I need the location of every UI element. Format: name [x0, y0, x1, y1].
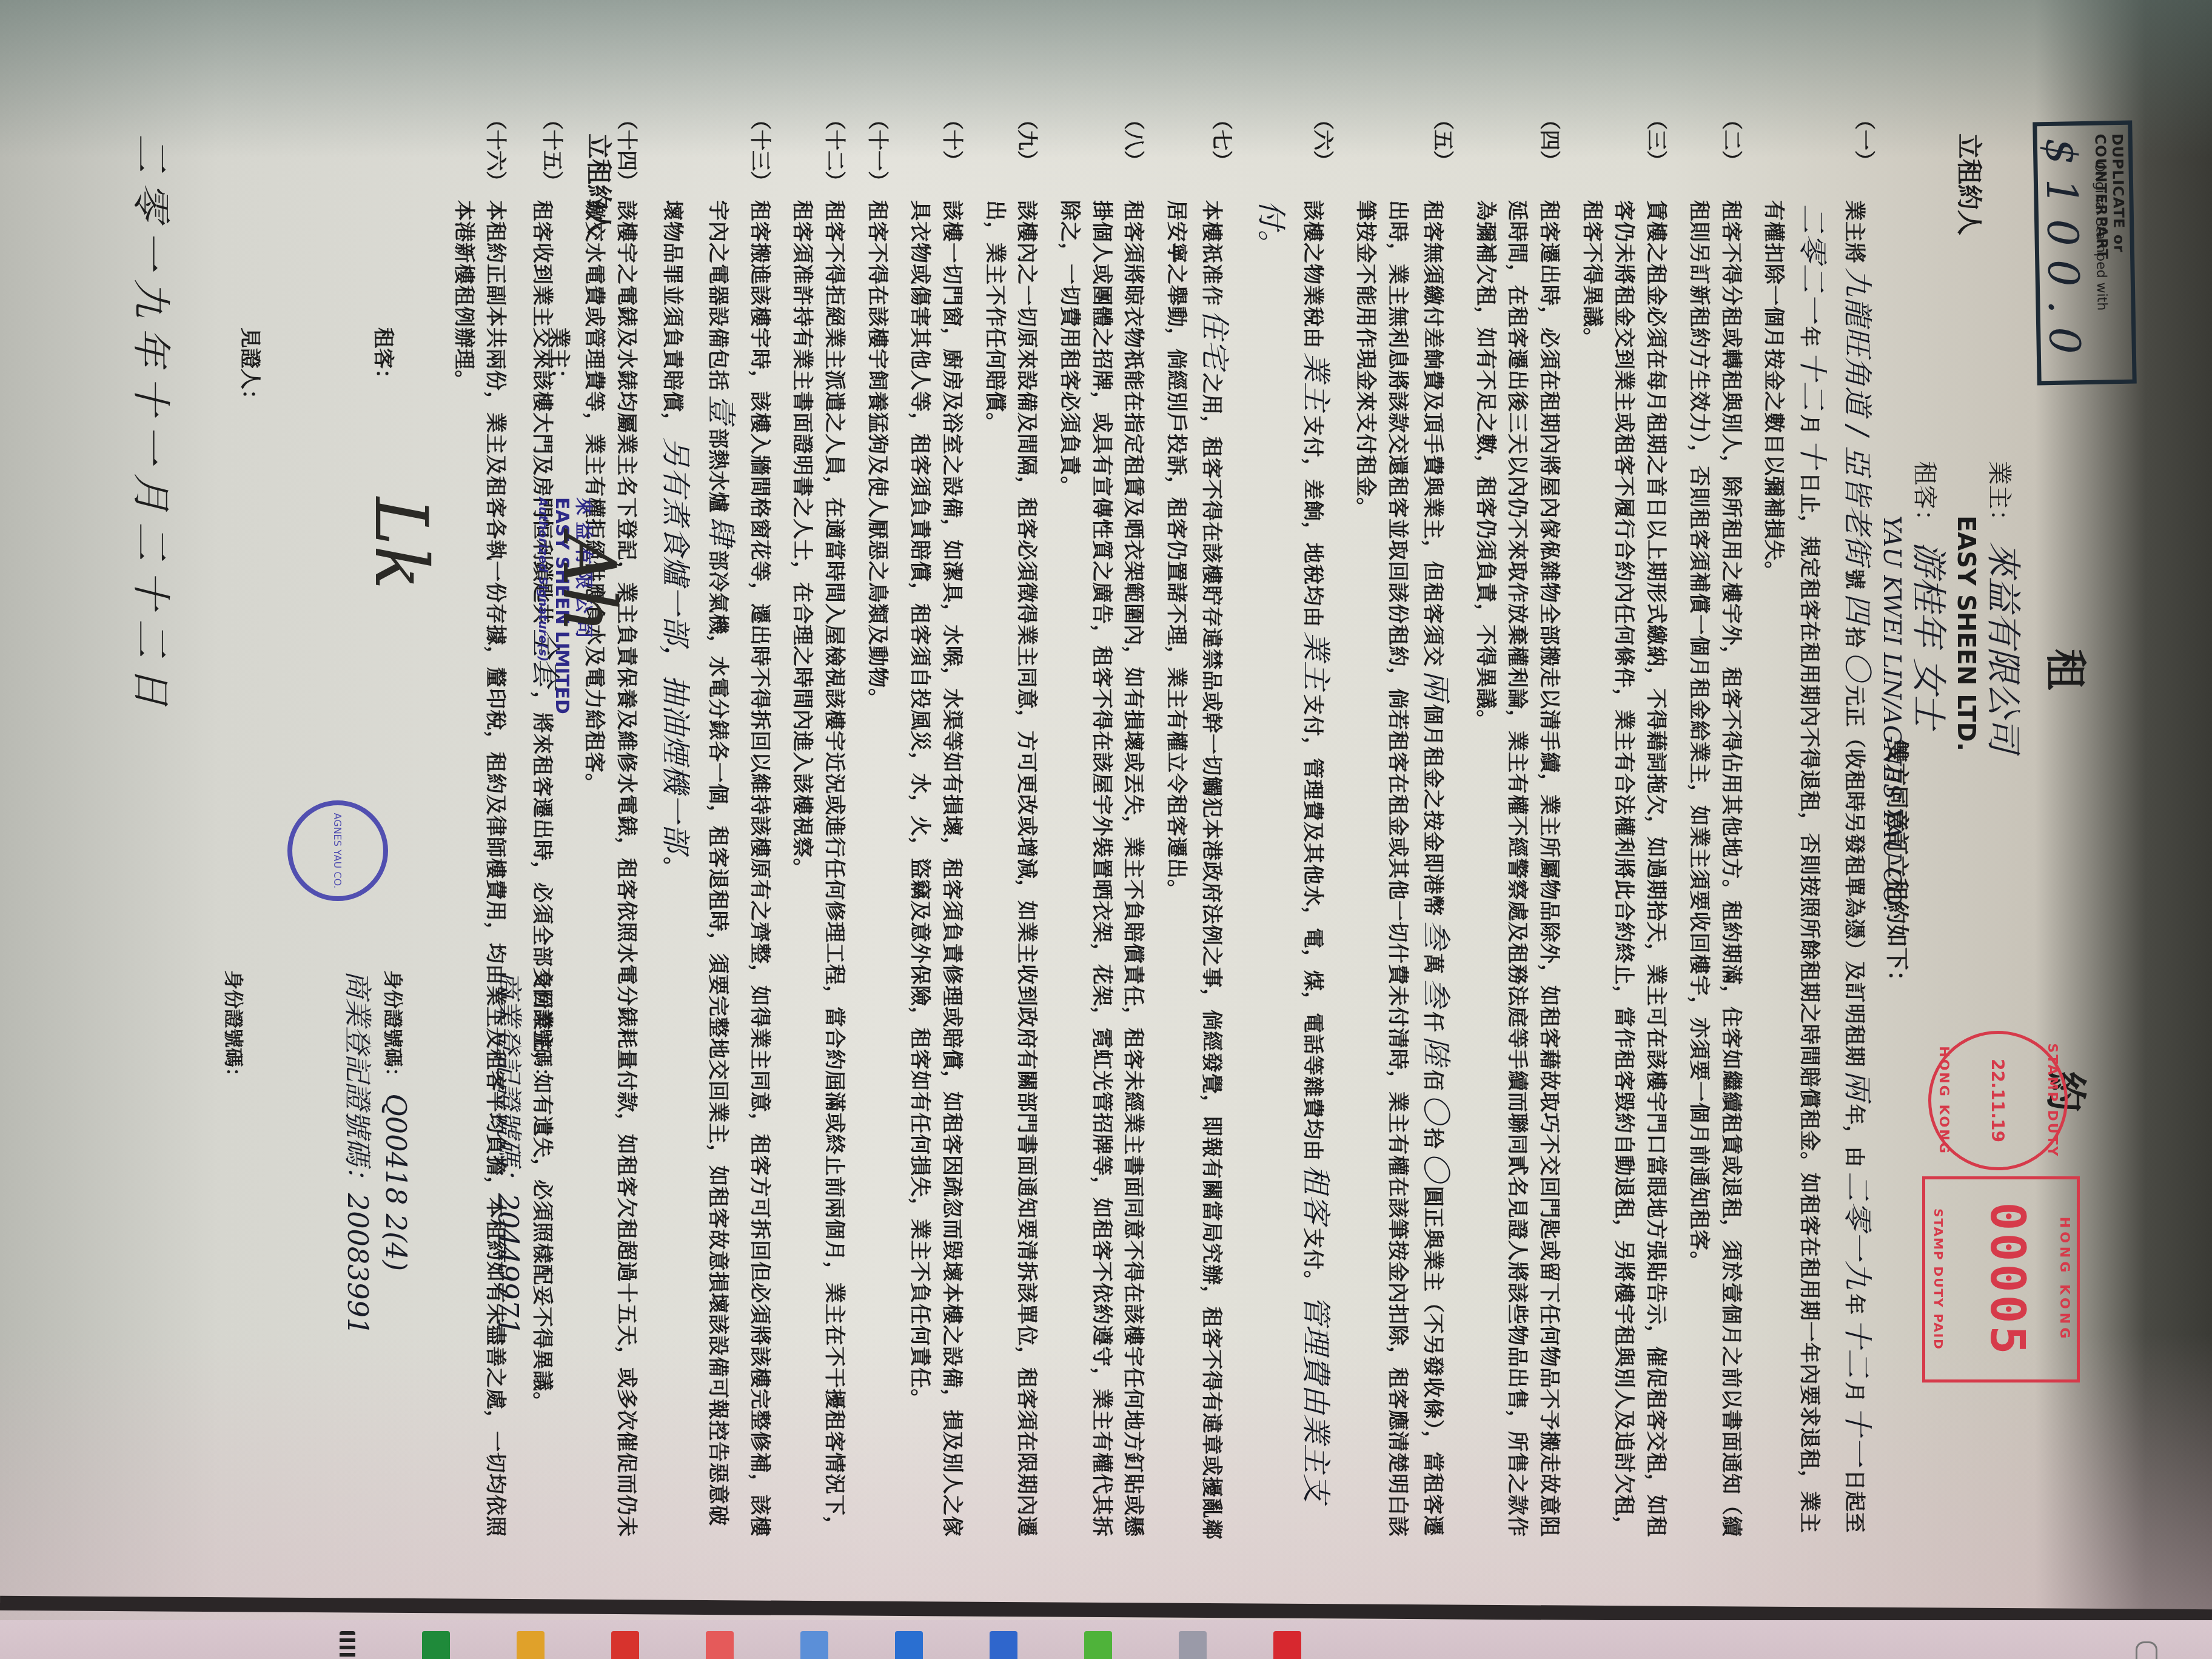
clause-number: （十二）: [786, 109, 850, 200]
clause-number: （五）: [1349, 109, 1458, 200]
excel-icon[interactable]: [422, 1631, 450, 1659]
handwritten-fill: 肆: [704, 513, 738, 550]
handwritten-fill: 十一: [1840, 1403, 1874, 1470]
clause-4: （四）租客遷出時，必須在租期內將屋內傢俬雜物全部搬走以清手續，業主所屬物品除外，…: [1469, 109, 1565, 1540]
tenant-sign-label: 租客：: [370, 327, 400, 412]
handwritten-fill: 二零一九: [1840, 1168, 1874, 1294]
parties-label: 立租約人: [1952, 133, 1989, 235]
printed-text: 日起至: [1842, 1470, 1866, 1533]
tenant-signature: Lk: [358, 497, 443, 589]
counterpart-stamp: DUPLICATE or COUNTERPART Original Stampe…: [2033, 121, 2137, 386]
clause-8: （八）租客須將晾衣物祇能在指定租賃及晒衣架範圍內，如有損壞或丟失，業主不負賠償責…: [1053, 109, 1149, 1540]
printed-text: 拾: [1421, 1128, 1445, 1149]
clause-number: （六）: [1248, 109, 1338, 200]
printed-text: 個月租金之按金即港幣: [1421, 704, 1445, 916]
agreement-line: 雙方同意訂立租約如下：: [1883, 740, 1916, 993]
postmark-ring-bottom: HONG KONG: [1936, 1034, 1951, 1167]
lessor-line: 業主： 來益有限公司: [1982, 461, 2026, 912]
signature-block: 立租約人 業主： 來 益 有 限 公 司 EASY SHEEN LIMITED …: [121, 109, 643, 1540]
tenant-name-zh: 游桂年 女士: [1909, 541, 1950, 728]
lessor-br-number: 商業登記證號碼：20449971: [490, 970, 530, 1335]
handwritten-fill: 二零二一: [1795, 200, 1829, 326]
lessor-id: 身份證號碼： 商業登記證號碼：20449971: [490, 970, 558, 1335]
clause-number: （三）: [1576, 109, 1672, 200]
printed-text: 佰: [1421, 1070, 1445, 1091]
document-viewer: DUPLICATE or COUNTERPART Original Stampe…: [85, 73, 2159, 1577]
printed-text: 支付。: [1301, 1228, 1325, 1292]
app-green-icon[interactable]: [1084, 1631, 1112, 1659]
paint-icon[interactable]: [800, 1631, 828, 1659]
clause-12: （十二）租客不得拒絕業主派遣之人員，在適當時間入屋檢視該樓宇近況或進行任何修理工…: [786, 109, 850, 1540]
lessor-sign-row: 業主：: [546, 327, 576, 412]
handwritten-fill: 叁: [1419, 974, 1453, 1011]
clause-number: （八）: [1053, 109, 1149, 200]
clause-10: （十）該樓一切門窗，廚房及浴室之設備，如潔具，水喉，水渠等如有損壞，租客須負責修…: [904, 109, 968, 1540]
clause-text: 該樓內之一切原來設備及間隔，租客必須徵得業主同意，方可更改或增減，如業主收到政府…: [979, 200, 1042, 1540]
lessor-label: 業主：: [1985, 461, 2013, 534]
clause-text: 租客不得在該樓宇飼養猛狗及使人厭惡之鳥類及動物。: [861, 200, 893, 1540]
clause-number: （十三）: [653, 109, 775, 200]
app-grey-icon[interactable]: [1179, 1631, 1207, 1659]
printed-text: 年: [1842, 1294, 1866, 1315]
postmark-date: 22.11.19: [1988, 1059, 2008, 1142]
handwritten-fill: 〇: [1840, 648, 1874, 685]
clause-text: 租客不得拒絕業主派遣之人員，在適當時間入屋檢視該樓宇近況或進行任何修理工程，當合…: [786, 200, 850, 1540]
handwritten-fill: 租客: [1299, 1161, 1333, 1228]
signature-title: 立租約人: [582, 133, 618, 235]
clause-number: （九）: [979, 109, 1042, 200]
clause-number: （七）: [1160, 109, 1237, 200]
clause-2: （二）租客不得分租或轉租與別人，除所租用之樓宇外，租客不得佔用其他地方。租約期滿…: [1683, 109, 1746, 1540]
printed-text: 業主將: [1842, 200, 1866, 264]
postmark-stamp: STAMP DUTY 22.11.19 HONG KONG: [1928, 1031, 2068, 1170]
clause-13: （十三）租客搬進該樓宇時，該樓入牆間格窗花等，遷出時不得拆回以維持該樓原有之齊整…: [653, 109, 775, 1540]
printed-text: 元正（收租時另發租單為憑）及訂明租期: [1842, 685, 1866, 1067]
counterpart-sublabel: Original Stamped with: [2091, 161, 2109, 310]
chrome-icon[interactable]: [611, 1631, 639, 1659]
printed-text: 拾: [1842, 627, 1866, 648]
clause-9: （九）該樓內之一切原來設備及間隔，租客必須徵得業主同意，方可更改或增減，如業主收…: [979, 109, 1042, 1540]
clause-1: （一）業主將九龍旺角道 / 亞皆老街號四拾〇元正（收租時另發租單為憑）及訂明租期…: [1758, 109, 1880, 1540]
lessor-id-label: 身份證號碼：: [531, 970, 554, 1087]
tenant-id: 身份證號碼： Q00418 2(4) 商業登記證號碼：20083991: [340, 970, 412, 1335]
handwritten-fill: 住宅: [1198, 306, 1232, 373]
clause-text: 租客搬進該樓宇時，該樓入牆間格窗花等，遷出時不得拆回以維持該樓原有之齊整，如得業…: [653, 200, 775, 1540]
clause-text: 租客遷出時，必須在租期內將屋內傢俬雜物全部搬走以清手續，業主所屬物品除外，如租客…: [1469, 200, 1565, 1540]
counterpart-amount: $ 1 0 0 . 0: [2036, 138, 2090, 355]
windows-taskbar: [0, 1620, 2212, 1659]
handwritten-fill: 兩: [1419, 667, 1453, 704]
handwritten-fill: 四: [1840, 590, 1874, 627]
tenancy-agreement-page: DUPLICATE or COUNTERPART Original Stampe…: [85, 73, 2159, 1577]
clause-text: 租客須將晾衣物祇能在指定租賃及晒衣架範圍內，如有損壞或丟失，業主不負賠償責任，租…: [1053, 200, 1149, 1540]
clause-text: 租客不得分租或轉租與別人，除所租用之樓宇外，租客不得佔用其他地方。租約期滿，住客…: [1683, 200, 1746, 1540]
clause-text: 該樓一切門窗，廚房及浴室之設備，如潔具，水喉，水渠等如有損壞，租客須負責修理或賠…: [904, 200, 968, 1540]
printed-text: 號: [1842, 569, 1866, 590]
tenant-id-number: Q00418 2(4): [380, 1093, 412, 1271]
printed-text: 。: [660, 857, 685, 878]
handwritten-fill: 兩: [1840, 1067, 1874, 1104]
clause-text: 該樓之物業稅由業主支付，差餉，地稅均由業主支付，管理費及其他水，電，煤，電話等雜…: [1248, 200, 1338, 1540]
clause-text: 本樓祇准作住宅之用，租客不得在該樓貯存違禁品或幹一切觸犯本港政府法例之事，倘經發…: [1160, 200, 1237, 1540]
witness-sign-label: 見證人：: [237, 327, 267, 412]
printed-text: 月: [1797, 414, 1822, 435]
clause-list: （一）業主將九龍旺角道 / 亞皆老街號四拾〇元正（收租時另發租單為憑）及訂明租期…: [437, 109, 1880, 1540]
printed-text: 年，由: [1842, 1104, 1866, 1168]
clause-text: 賃樓之租金必須在每月租期之首日以上期形式繳納，不得藉詞拖欠，如過期拾天，業主可在…: [1576, 200, 1672, 1540]
clause-11: （十一）租客不得在該樓宇飼養猛狗及使人厭惡之鳥類及動物。: [861, 109, 893, 1540]
clause-number: （四）: [1469, 109, 1565, 200]
lessor-name-zh: 來益有限公司: [1983, 541, 2024, 752]
clause-5: （五）租客無須繳付差餉費及頂手費與業主，但租客須交兩個月租金之按金即港幣叁萬叁仟…: [1349, 109, 1458, 1540]
browser-icon[interactable]: [706, 1631, 734, 1659]
outlook-icon[interactable]: [990, 1631, 1017, 1659]
clause-number: （二）: [1683, 109, 1746, 200]
stamp-duty-footer: STAMP DUTY PAID: [1931, 1179, 1946, 1379]
handwritten-fill: 業主: [1299, 628, 1333, 694]
witness-id-label: 身份證號碼：: [222, 970, 245, 1087]
clause-7: （七）本樓祇准作住宅之用，租客不得在該樓貯存違禁品或幹一切觸犯本港政府法例之事，…: [1160, 109, 1237, 1540]
stamp-duty-amount: 00005: [1980, 1179, 2034, 1379]
signing-date: 二零一九年十一月二十二日: [126, 133, 182, 716]
witness-id: 身份證號碼：: [221, 970, 249, 1087]
handwritten-fill: 九龍旺角道 / 亞皆老街: [1840, 264, 1874, 569]
witness-sign-row: 見證人：: [237, 327, 267, 412]
tenant-br-number: 商業登記證號碼：20083991: [340, 970, 380, 1335]
lessor-signature: Ah: [546, 534, 631, 633]
clause-number: （十）: [904, 109, 968, 200]
clause-text: 租客無須繳付差餉費及頂手費與業主，但租客須交兩個月租金之按金即港幣叁萬叁仟陸佰〇…: [1349, 200, 1458, 1540]
tenant-sign-row: 租客：: [370, 327, 400, 412]
lessor-sign-label: 業主：: [546, 327, 576, 412]
lessor-name-en: EASY SHEEN LTD.: [1951, 461, 1982, 912]
pdf-icon[interactable]: [1273, 1631, 1301, 1659]
printed-text: 該樓之物業稅由: [1301, 200, 1325, 349]
word-icon[interactable]: [895, 1631, 923, 1659]
handwritten-fill: 叁: [1419, 916, 1453, 953]
stamp-duty-header: HONG KONG: [2057, 1179, 2072, 1379]
printed-text: 支付，管理費及其他水，電，煤，電話等雜費均由: [1301, 694, 1325, 1161]
system-tray-icon[interactable]: [2136, 1641, 2157, 1659]
handwritten-fill: 十: [1795, 435, 1829, 472]
handwritten-fill: 陸: [1419, 1033, 1453, 1070]
postmark-ring-top: STAMP DUTY: [2045, 1034, 2060, 1167]
handwritten-fill: 另有煮食爐一部，抽油煙機一部: [659, 434, 692, 857]
start-icon[interactable]: [340, 1631, 355, 1659]
tenant-id-label: 身份證號碼：: [381, 970, 404, 1087]
printed-text: 本樓祇准作: [1199, 200, 1224, 306]
printed-text: 萬: [1421, 953, 1445, 974]
tenant-label: 租客：: [1911, 461, 1939, 534]
printed-text: 租客無須繳付差餉費及頂手費與業主，但租客須交: [1421, 200, 1445, 667]
printed-text: 年: [1797, 326, 1822, 347]
stamp-duty-paid: HONG KONG 00005 STAMP DUTY PAID: [1922, 1176, 2080, 1382]
clause-text: 業主將九龍旺角道 / 亞皆老街號四拾〇元正（收租時另發租單為憑）及訂明租期兩年，…: [1758, 200, 1880, 1540]
handwritten-fill: 壹: [704, 391, 738, 428]
printed-text: 月: [1842, 1382, 1866, 1403]
clause-3: （三）賃樓之租金必須在每月租期之首日以上期形式繳納，不得藉詞拖欠，如過期拾天，業…: [1576, 109, 1672, 1540]
clause-number: （十一）: [861, 109, 893, 200]
folder-icon[interactable]: [517, 1631, 545, 1659]
printed-text: 部熱水爐: [706, 428, 730, 513]
handwritten-fill: 〇: [1419, 1091, 1453, 1128]
handwritten-fill: 業主: [1299, 349, 1333, 415]
printed-text: 仟: [1421, 1011, 1445, 1033]
printed-text: 支付，差餉，地稅均由: [1301, 415, 1325, 628]
handwritten-fill: 十二: [1795, 347, 1829, 414]
handwritten-fill: 十二: [1840, 1315, 1874, 1382]
tenant-round-chop: AGNES YAU CO.: [287, 800, 388, 901]
handwritten-fill: 〇: [1419, 1149, 1453, 1186]
printed-text: 之用，租客不得在該樓貯存違禁品或幹一切觸犯本港政府法例之事，倘經發覺，即報有關當…: [1164, 200, 1224, 1540]
clause-number: （一）: [1758, 109, 1880, 200]
clause-6: （六）該樓之物業稅由業主支付，差餉，地稅均由業主支付，管理費及其他水，電，煤，電…: [1248, 109, 1338, 1540]
